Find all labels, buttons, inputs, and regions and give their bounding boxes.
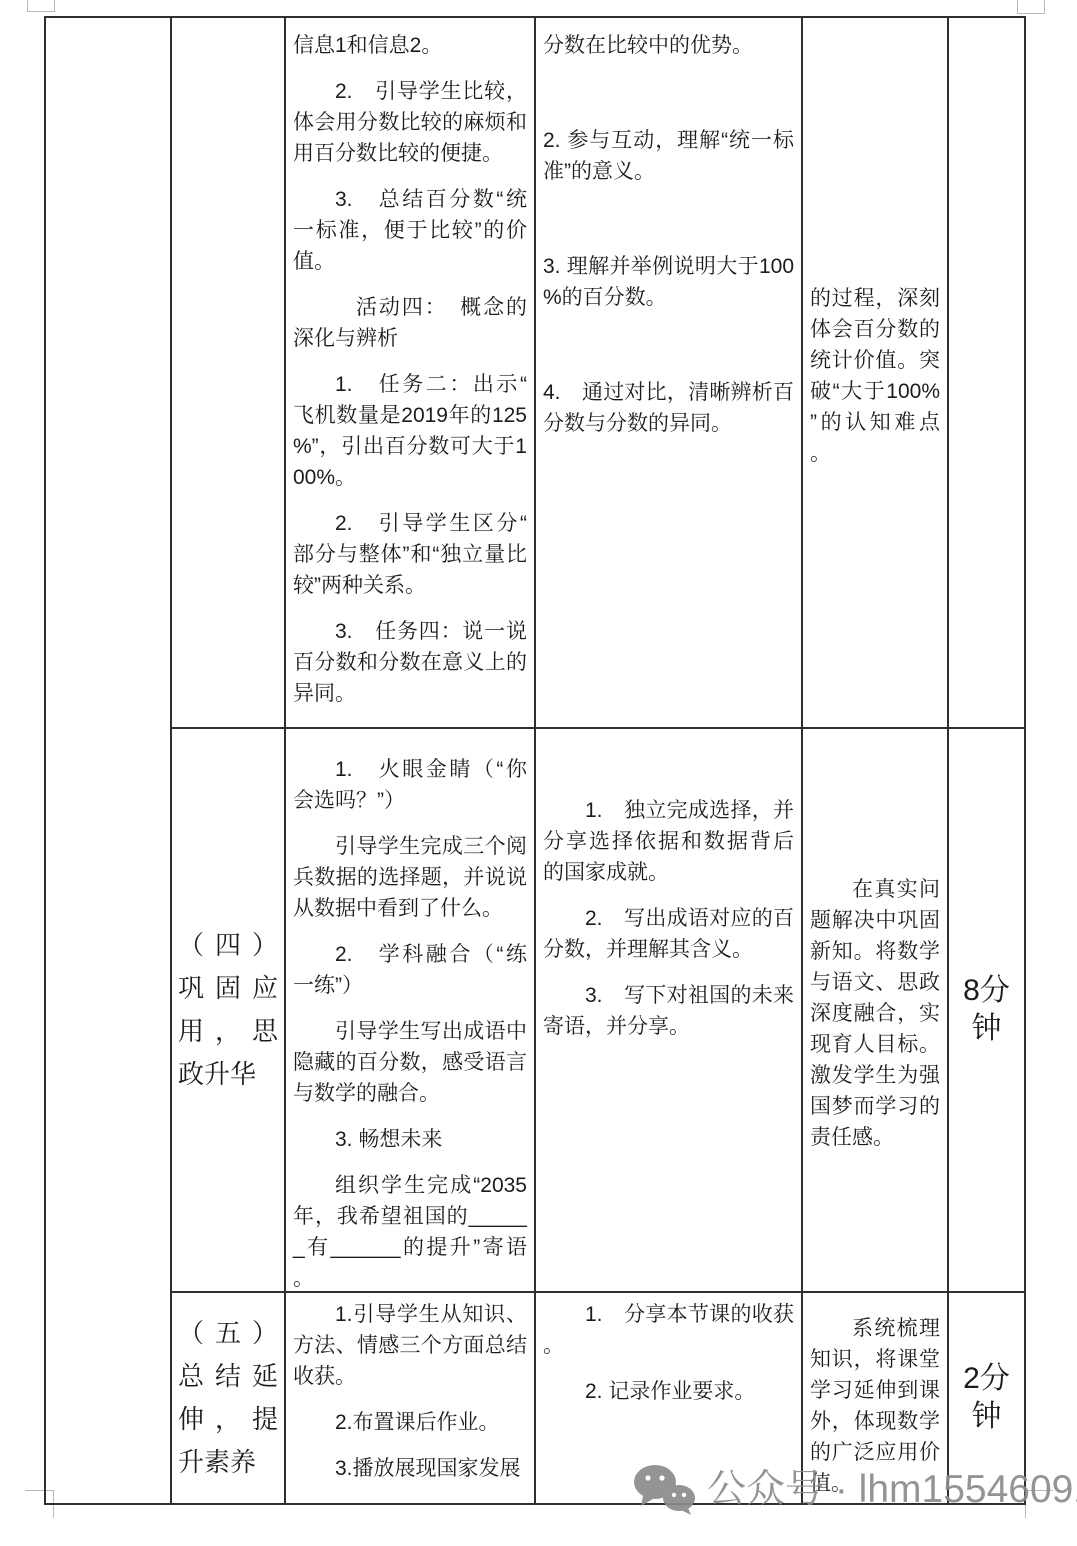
paragraph: 2. 学科融合（“练一练”） — [293, 939, 527, 1001]
cell-teacher-activity-r1: 信息1和信息2。 2. 引导学生比较，体会用分数比较的麻烦和用百分数比较的便捷。… — [284, 18, 534, 727]
paragraph: 4. 通过对比，清晰辨析百分数与分数的异同。 — [543, 377, 794, 439]
paragraph: 3.播放展现国家发展 — [293, 1453, 527, 1484]
cell-time-r2: 8分钟 — [947, 727, 1024, 1291]
paragraph: 在真实问题解决中巩固新知。将数学与语文、思政深度融合，实现育人目标。激发学生为强… — [810, 874, 940, 1153]
paragraph: 1. 火眼金睛（“你会选吗？”） — [293, 754, 527, 816]
wechat-icon — [633, 1464, 699, 1516]
paragraph: 3. 总结百分数“统一标准，便于比较”的价值。 — [293, 184, 527, 277]
cell-design-intent-r2: 在真实问题解决中巩固新知。将数学与语文、思政深度融合，实现育人目标。激发学生为强… — [801, 727, 947, 1291]
paragraph: 分数在比较中的优势。 — [543, 30, 794, 61]
crop-mark-top-right — [1017, 0, 1045, 14]
cell-stage-r2: （四） 巩固应用，思政升华 — [170, 727, 284, 1291]
paragraph: 1. 分享本节课的收获。 — [543, 1299, 794, 1361]
document-page: 信息1和信息2。 2. 引导学生比较，体会用分数比较的麻烦和用百分数比较的便捷。… — [0, 0, 1077, 1546]
cell-stage-r1 — [170, 18, 284, 727]
cell-empty-left-column — [46, 18, 170, 1503]
cell-student-activity-r1: 分数在比较中的优势。 2. 参与互动，理解“统一标准”的意义。 3. 理解并举例… — [534, 18, 801, 727]
watermark-text: 公众号 · lhm15546091799 — [707, 1464, 1077, 1516]
watermark: 公众号 · lhm15546091799 — [633, 1464, 1077, 1516]
paragraph: 1. 独立完成选择，并分享选择依据和数据背后的国家成就。 — [543, 795, 794, 888]
paragraph: 组织学生完成“2035年，我希望祖国的______有______的提升”寄语。 — [293, 1170, 527, 1291]
paragraph: 2. 参与互动，理解“统一标准”的意义。 — [543, 125, 794, 187]
paragraph: 信息1和信息2。 — [293, 30, 527, 61]
paragraph: 2.布置课后作业。 — [293, 1407, 527, 1438]
paragraph: 引导学生完成三个阅兵数据的选择题，并说说从数据中看到了什么。 — [293, 831, 527, 924]
paragraph: 引导学生写出成语中隐藏的百分数，感受语言与数学的融合。 — [293, 1016, 527, 1109]
paragraph: 活动四： 概念的深化与辨析 — [293, 292, 527, 354]
paragraph: 3. 理解并举例说明大于100%的百分数。 — [543, 251, 794, 313]
cell-teacher-activity-r3: 1.引导学生从知识、方法、情感三个方面总结收获。 2.布置课后作业。 3.播放展… — [284, 1291, 534, 1503]
cell-design-intent-r1: 的过程，深刻体会百分数的统计价值。突破“大于100%”的认知难点。 — [801, 18, 947, 727]
paragraph: 的过程，深刻体会百分数的统计价值。突破“大于100%”的认知难点。 — [810, 283, 940, 469]
paragraph: 2. 记录作业要求。 — [543, 1376, 794, 1407]
cell-time-r1 — [947, 18, 1024, 727]
paragraph: 3. 任务四：说一说百分数和分数在意义上的异同。 — [293, 616, 527, 709]
cell-teacher-activity-r2: 1. 火眼金睛（“你会选吗？”） 引导学生完成三个阅兵数据的选择题，并说说从数据… — [284, 727, 534, 1291]
cell-student-activity-r2: 1. 独立完成选择，并分享选择依据和数据背后的国家成就。 2. 写出成语对应的百… — [534, 727, 801, 1291]
paragraph: 2. 引导学生比较，体会用分数比较的麻烦和用百分数比较的便捷。 — [293, 76, 527, 169]
paragraph: 2. 写出成语对应的百分数，并理解其含义。 — [543, 903, 794, 965]
paragraph: 1. 任务二：出示“飞机数量是2019年的125%”，引出百分数可大于100%。 — [293, 369, 527, 493]
crop-mark-top-left — [27, 0, 55, 12]
paragraph: 1.引导学生从知识、方法、情感三个方面总结收获。 — [293, 1299, 527, 1392]
paragraph: 3. 畅想未来 — [293, 1124, 527, 1155]
paragraph: 3. 写下对祖国的未来寄语，并分享。 — [543, 980, 794, 1042]
cell-stage-r3: （五） 总结延伸，提升素养 — [170, 1291, 284, 1503]
lesson-plan-table: 信息1和信息2。 2. 引导学生比较，体会用分数比较的麻烦和用百分数比较的便捷。… — [44, 16, 1026, 1505]
paragraph: 2. 引导学生区分“部分与整体”和“独立量比较”两种关系。 — [293, 508, 527, 601]
